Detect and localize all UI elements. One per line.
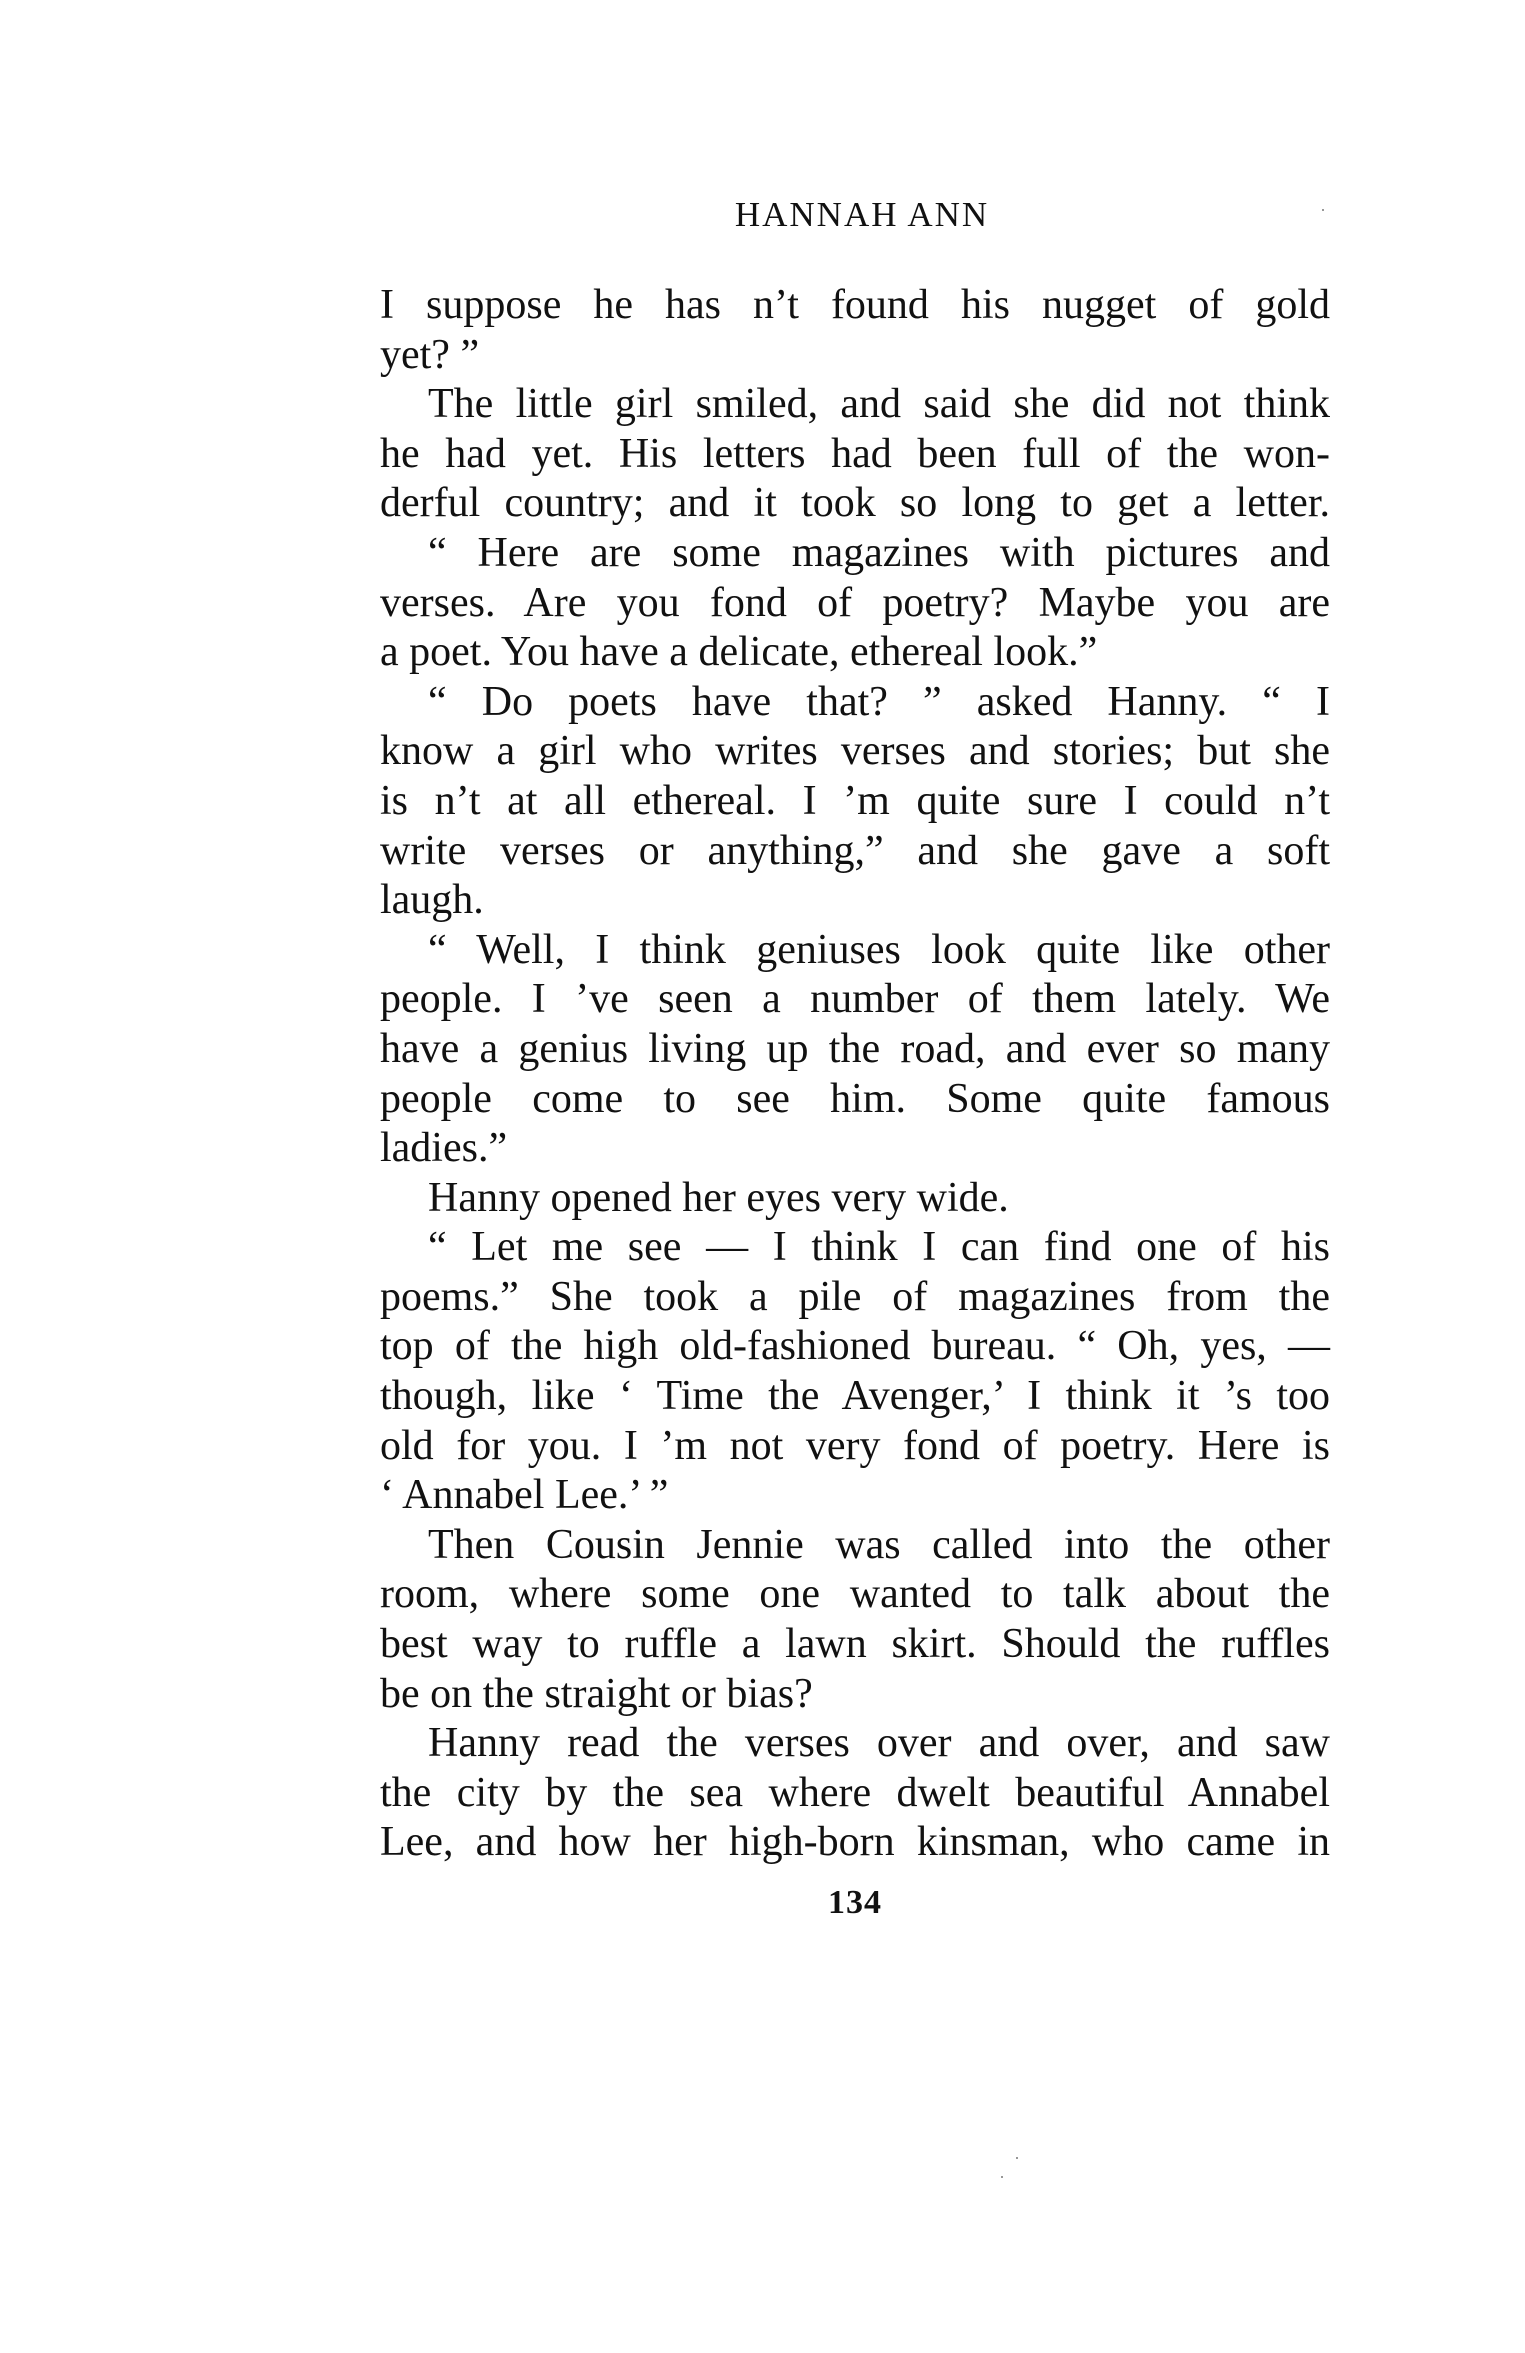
text-line: I suppose he has n’t found his nugget of… bbox=[380, 281, 1330, 331]
text-line: “ Do poets have that? ” asked Hanny. “ I bbox=[380, 678, 1330, 728]
text-line: the city by the sea where dwelt beautifu… bbox=[380, 1769, 1330, 1819]
text-line: “ Here are some magazines with pictures … bbox=[380, 529, 1330, 579]
scan-speck bbox=[1016, 2157, 1018, 2159]
text-line: though, like ‘ Time the Avenger,’ I thin… bbox=[380, 1372, 1330, 1422]
text-line: be on the straight or bias? bbox=[380, 1670, 1330, 1720]
text-line: ladies.” bbox=[380, 1124, 1330, 1174]
text-line: room, where some one wanted to talk abou… bbox=[380, 1570, 1330, 1620]
text-line: people come to see him. Some quite famou… bbox=[380, 1075, 1330, 1125]
text-line: people. I ’ve seen a number of them late… bbox=[380, 975, 1330, 1025]
text-line: ‘ Annabel Lee.’ ” bbox=[380, 1471, 1330, 1521]
text-line: Hanny read the verses over and over, and… bbox=[380, 1719, 1330, 1769]
text-line: verses. Are you fond of poetry? Maybe yo… bbox=[380, 579, 1330, 629]
text-line: Hanny opened her eyes very wide. bbox=[380, 1174, 1330, 1224]
text-line: The little girl smiled, and said she did… bbox=[380, 380, 1330, 430]
text-line: poems.” She took a pile of magazines fro… bbox=[380, 1273, 1330, 1323]
text-line: old for you. I ’m not very fond of poetr… bbox=[380, 1422, 1330, 1472]
scan-speck bbox=[1001, 2176, 1003, 2178]
text-line: laugh. bbox=[380, 876, 1330, 926]
text-line: best way to ruffle a lawn skirt. Should … bbox=[380, 1620, 1330, 1670]
running-head: HANNAH ANN bbox=[380, 195, 1330, 235]
text-line: is n’t at all ethereal. I ’m quite sure … bbox=[380, 777, 1330, 827]
page-number: 134 bbox=[380, 1884, 1330, 1922]
text-line: yet? ” bbox=[380, 331, 1330, 381]
text-line: derful country; and it took so long to g… bbox=[380, 479, 1330, 529]
text-line: he had yet. His letters had been full of… bbox=[380, 430, 1330, 480]
text-line: top of the high old-fashioned bureau. “ … bbox=[380, 1322, 1330, 1372]
book-page: HANNAH ANN I suppose he has n’t found hi… bbox=[0, 0, 1525, 2353]
text-line: have a genius living up the road, and ev… bbox=[380, 1025, 1330, 1075]
text-line: Lee, and how her high-born kinsman, who … bbox=[380, 1818, 1330, 1868]
text-line: Then Cousin Jennie was called into the o… bbox=[380, 1521, 1330, 1571]
text-line: write verses or anything,” and she gave … bbox=[380, 827, 1330, 877]
text-line: know a girl who writes verses and storie… bbox=[380, 727, 1330, 777]
scan-speck bbox=[1322, 209, 1324, 211]
text-line: a poet. You have a delicate, ethereal lo… bbox=[380, 628, 1330, 678]
text-line: “ Well, I think geniuses look quite like… bbox=[380, 926, 1330, 976]
body-text: I suppose he has n’t found his nugget of… bbox=[380, 281, 1330, 1868]
text-line: “ Let me see — I think I can find one of… bbox=[380, 1223, 1330, 1273]
